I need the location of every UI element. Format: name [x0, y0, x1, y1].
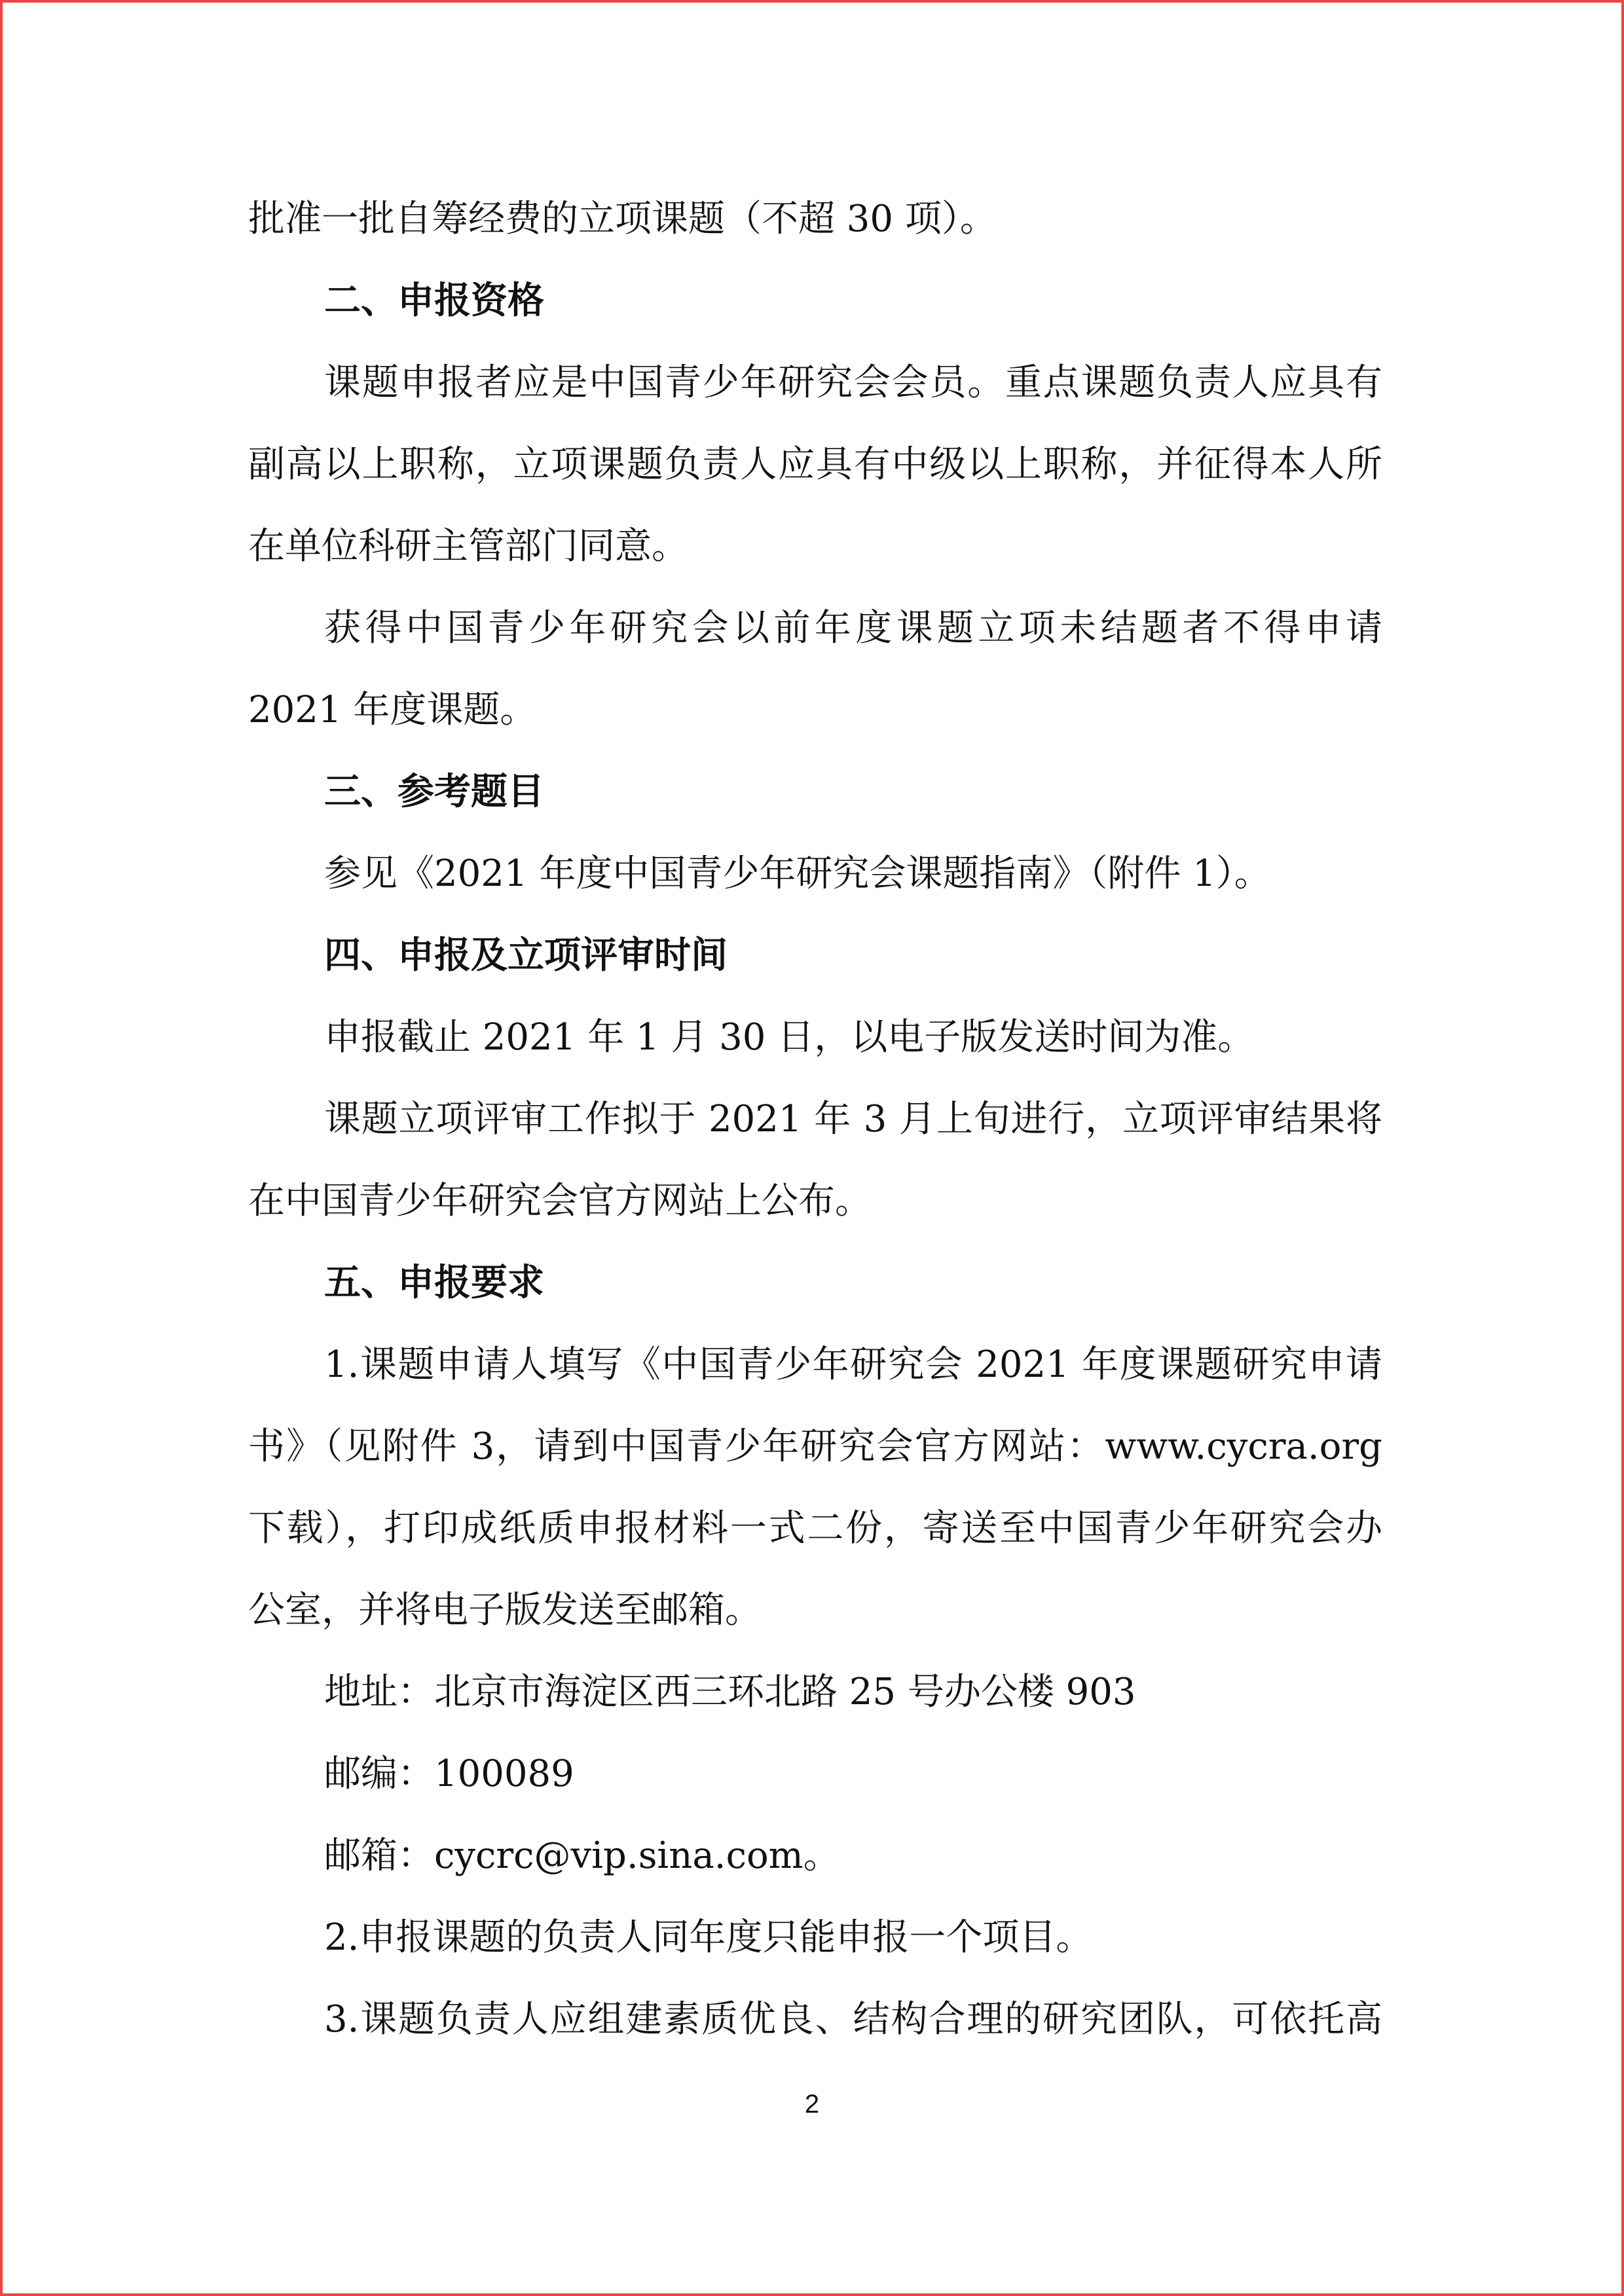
paragraph-line: 下载），打印成纸质申报材料一式二份，寄送至中国青少年研究会办 — [248, 1487, 1382, 1569]
paragraph-line: 课题立项评审工作拟于 2021 年 3 月上旬进行，立项评审结果将 — [248, 1078, 1382, 1160]
paragraph-line: 批准一批自筹经费的立项课题（不超 30 项）。 — [248, 178, 1382, 260]
paragraph-line: 申报截止 2021 年 1 月 30 日，以电子版发送时间为准。 — [248, 996, 1382, 1078]
section-heading-reference-topics: 三、参考题目 — [248, 751, 1382, 833]
paragraph-line: 2.申报课题的负责人同年度只能申报一个项目。 — [248, 1897, 1382, 1978]
paragraph-line: 课题申报者应是中国青少年研究会会员。重点课题负责人应具有 — [248, 342, 1382, 424]
address-line: 地址：北京市海淀区西三环北路 25 号办公楼 903 — [248, 1651, 1382, 1733]
page-number: 2 — [3, 2090, 1621, 2119]
email-line: 邮箱：cycrc@vip.sina.com。 — [248, 1815, 1382, 1897]
section-heading-requirements: 五、申报要求 — [248, 1242, 1382, 1324]
document-body: 批准一批自筹经费的立项课题（不超 30 项）。 二、申报资格 课题申报者应是中国… — [248, 178, 1382, 2060]
paragraph-line: 副高以上职称，立项课题负责人应具有中级以上职称，并征得本人所 — [248, 424, 1382, 505]
paragraph-line: 参见《2021 年度中国青少年研究会课题指南》（附件 1）。 — [248, 833, 1382, 915]
paragraph-line: 在中国青少年研究会官方网站上公布。 — [248, 1160, 1382, 1242]
paragraph-line-with-website: 书》（见附件 3，请到中国青少年研究会官方网站：www.cycra.org — [248, 1406, 1382, 1487]
paragraph-line: 公室，并将电子版发送至邮箱。 — [248, 1569, 1382, 1651]
paragraph-line: 在单位科研主管部门同意。 — [248, 505, 1382, 587]
paragraph-line: 获得中国青少年研究会以前年度课题立项未结题者不得申请 — [248, 587, 1382, 669]
paragraph-line: 1.课题申请人填写《中国青少年研究会 2021 年度课题研究申请 — [248, 1324, 1382, 1406]
document-page: 批准一批自筹经费的立项课题（不超 30 项）。 二、申报资格 课题申报者应是中国… — [0, 0, 1624, 2296]
section-heading-schedule: 四、申报及立项评审时间 — [248, 915, 1382, 996]
postcode-line: 邮编：100089 — [248, 1733, 1382, 1815]
paragraph-line: 2021 年度课题。 — [248, 669, 1382, 751]
paragraph-line: 3.课题负责人应组建素质优良、结构合理的研究团队，可依托高 — [248, 1978, 1382, 2060]
section-heading-qualifications: 二、申报资格 — [248, 260, 1382, 342]
